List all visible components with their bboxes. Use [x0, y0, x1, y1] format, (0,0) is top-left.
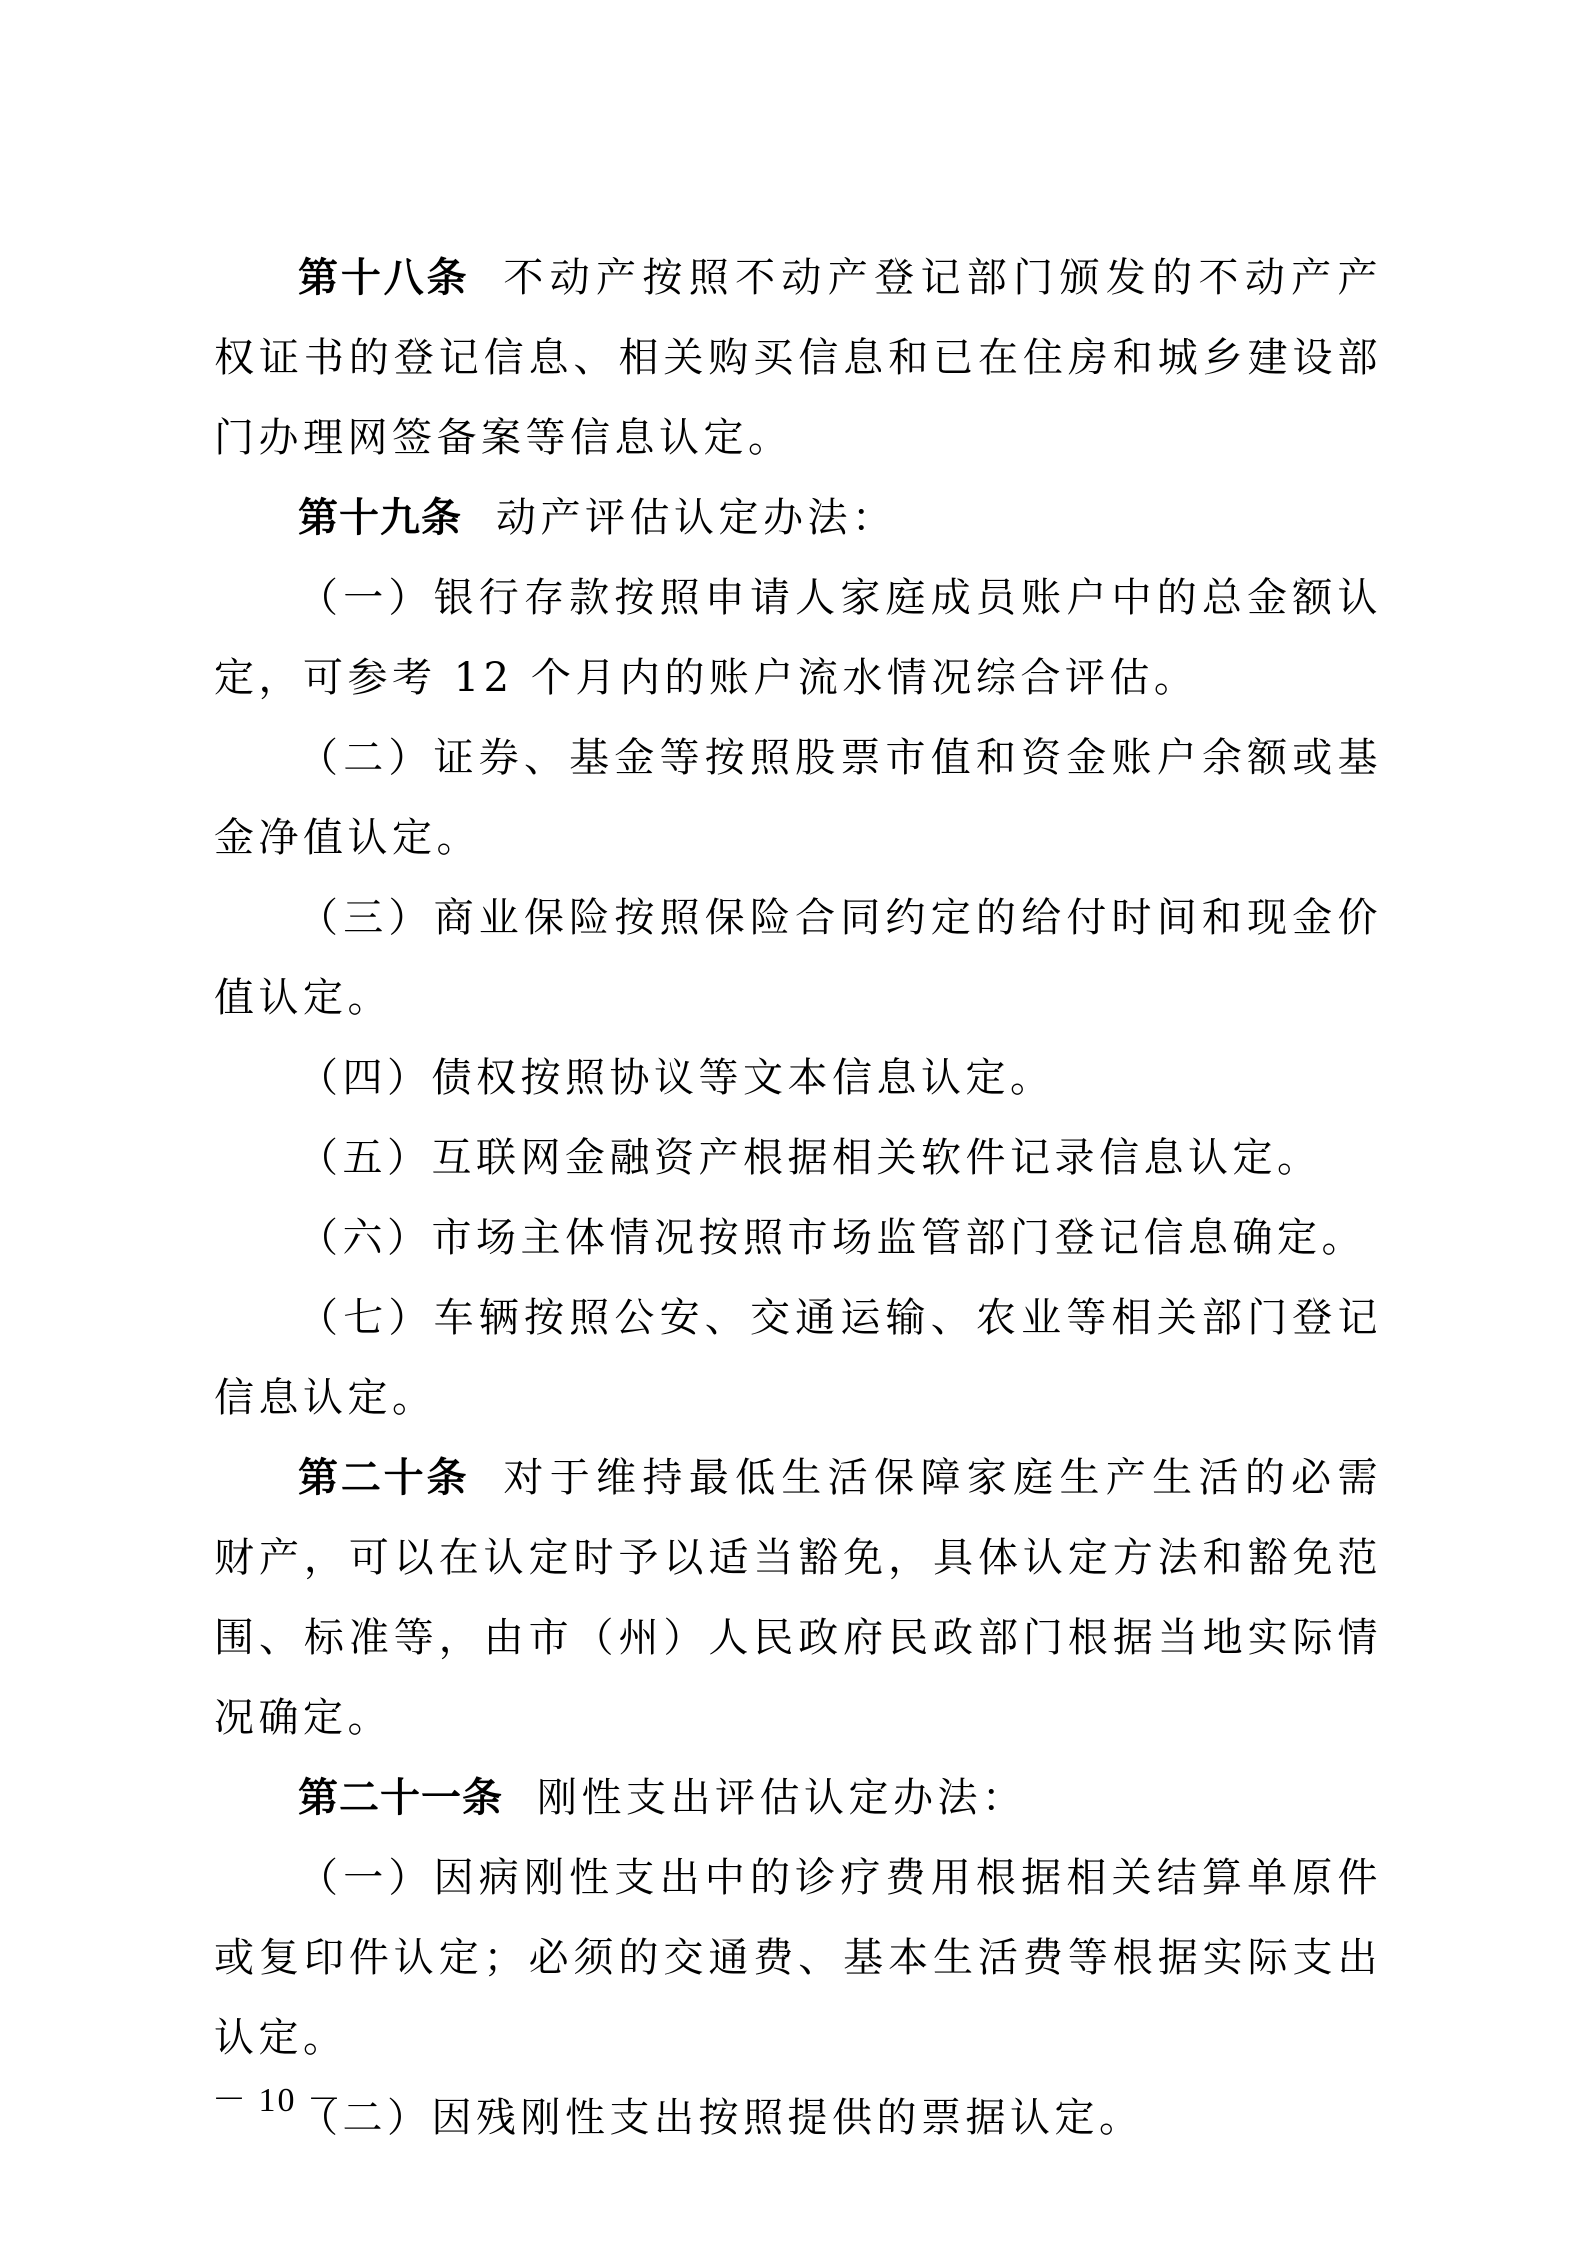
clause-text: （三）商业保险按照保险合同约定的给付时间和现金价值认定。: [214, 895, 1382, 1021]
article-18: 第十八条不动产按照不动产登记部门颁发的不动产产权证书的登记信息、相关购买信息和已…: [214, 238, 1382, 478]
clause-text: （一）银行存款按照申请人家庭成员账户中的总金额认定，可参考 12 个月内的账户流…: [214, 575, 1382, 701]
clause-19-3: （三）商业保险按照保险合同约定的给付时间和现金价值认定。: [214, 878, 1382, 1038]
clause-19-6: （六）市场主体情况按照市场监管部门登记信息确定。: [214, 1198, 1382, 1278]
clause-19-5: （五）互联网金融资产根据相关软件记录信息认定。: [214, 1118, 1382, 1198]
clause-19-1: （一）银行存款按照申请人家庭成员账户中的总金额认定，可参考 12 个月内的账户流…: [214, 558, 1382, 718]
clause-text: （七）车辆按照公安、交通运输、农业等相关部门登记信息认定。: [214, 1295, 1382, 1421]
page-number: － 10 －: [212, 2072, 343, 2121]
clause-21-2: （二）因残刚性支出按照提供的票据认定。: [214, 2078, 1382, 2158]
clause-19-4: （四）债权按照协议等文本信息认定。: [214, 1038, 1382, 1118]
clause-text: （二）证券、基金等按照股票市值和资金账户余额或基金净值认定。: [214, 735, 1382, 861]
document-body: 第十八条不动产按照不动产登记部门颁发的不动产产权证书的登记信息、相关购买信息和已…: [214, 238, 1382, 2158]
clause-text: （六）市场主体情况按照市场监管部门登记信息确定。: [298, 1215, 1366, 1261]
clause-text: （二）因残刚性支出按照提供的票据认定。: [298, 2095, 1144, 2141]
article-heading: 第十九条: [298, 495, 462, 541]
clause-21-1: （一）因病刚性支出中的诊疗费用根据相关结算单原件或复印件认定；必须的交通费、基本…: [214, 1838, 1382, 2078]
article-20: 第二十条对于维持最低生活保障家庭生产生活的必需财产，可以在认定时予以适当豁免，具…: [214, 1438, 1382, 1758]
article-heading: 第二十条: [298, 1455, 469, 1501]
clause-text: （一）因病刚性支出中的诊疗费用根据相关结算单原件或复印件认定；必须的交通费、基本…: [214, 1855, 1382, 2061]
clause-text: （四）债权按照协议等文本信息认定。: [298, 1055, 1055, 1101]
clause-19-2: （二）证券、基金等按照股票市值和资金账户余额或基金净值认定。: [214, 718, 1382, 878]
article-heading: 第二十一条: [298, 1775, 503, 1821]
article-heading: 第十八条: [298, 255, 469, 301]
article-text: 刚性支出评估认定办法：: [537, 1775, 1027, 1821]
article-19: 第十九条动产评估认定办法：: [214, 478, 1382, 558]
article-21: 第二十一条刚性支出评估认定办法：: [214, 1758, 1382, 1838]
clause-text: （五）互联网金融资产根据相关软件记录信息认定。: [298, 1135, 1322, 1181]
clause-19-7: （七）车辆按照公安、交通运输、农业等相关部门登记信息认定。: [214, 1278, 1382, 1438]
article-text: 动产评估认定办法：: [496, 495, 897, 541]
